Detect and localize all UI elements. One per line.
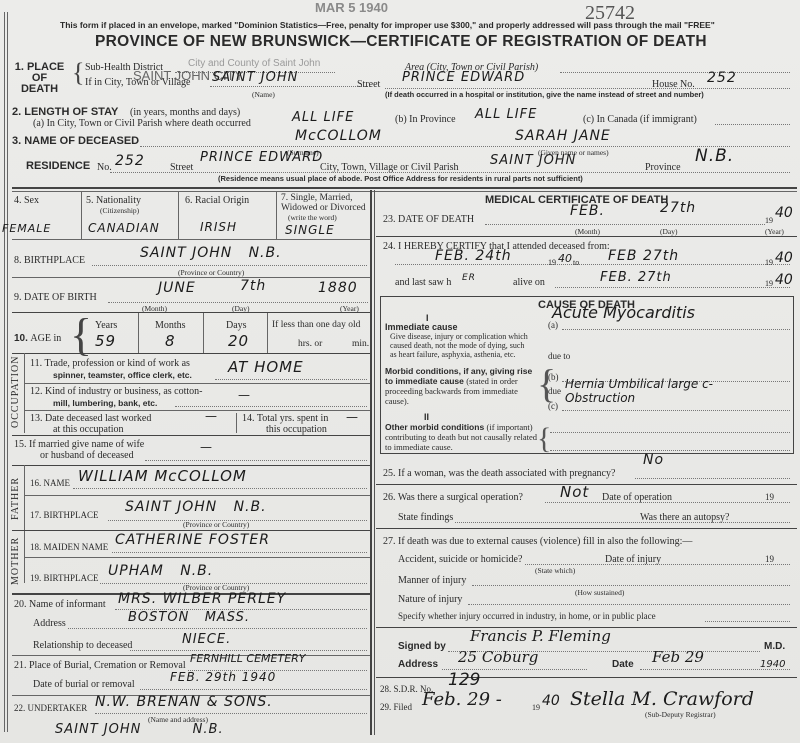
stay-province-label: (b) In Province (395, 114, 456, 125)
house-no-value: 252 (707, 70, 737, 86)
contributing-cause-value: Hernia Umbilical large c- Obstruction (565, 377, 785, 405)
nationality-value: CANADIAN (88, 221, 160, 235)
pregnancy-value: No (643, 452, 664, 468)
age-years-value: 59 (95, 332, 116, 350)
attended-from-year: 40 (558, 252, 572, 265)
form-title: PROVINCE OF NEW BRUNSWICK—CERTIFICATE OF… (95, 33, 707, 51)
name-of-deceased-label: 3. NAME OF DECEASED (12, 135, 139, 147)
mother-birthplace-value: UPHAM N.B. (108, 563, 213, 579)
last-saw-pronoun: ER (462, 273, 476, 283)
age-label: 10. 10. AGE inAGE in (14, 333, 61, 344)
informant-address-value: BOSTON MASS. (128, 610, 250, 625)
death-certificate: MAR 5 1940 25742 This form if placed in … (0, 0, 800, 743)
sdr-no-value: 129 (448, 670, 480, 690)
sex-value: FEMALE (2, 222, 51, 235)
registrar-signature: Stella M. Crawford (570, 688, 754, 710)
father-birthplace-label: 17. BIRTHPLACE (30, 510, 98, 520)
age-months-value: 8 (165, 332, 176, 350)
cert-date-label: Date (612, 659, 634, 670)
undertaker-value: N.W. BRENAN & SONS. (95, 694, 273, 710)
stay-city-value: ALL LIFE (292, 110, 354, 125)
filed-date-value: Feb. 29 - (422, 689, 502, 710)
received-date-stamp: MAR 5 1940 (315, 0, 388, 15)
undertaker-address-value: SAINT JOHN N.B. (55, 722, 224, 737)
cert-year-value: 1940 (760, 659, 785, 670)
last-worked-value: — (205, 409, 218, 423)
other-conditions-label: Other morbid conditions (if important) c… (385, 422, 537, 452)
birthplace-label: 8. BIRTHPLACE (14, 255, 85, 266)
spouse-label: 15. If married give name of wife (14, 439, 144, 450)
stay-city-label: (a) In City, Town or Civil Parish where … (33, 118, 251, 129)
racial-origin-label: 6. Racial Origin (185, 195, 249, 206)
mother-maiden-label: 18. MAIDEN NAME (30, 542, 108, 552)
street-label: Street (357, 79, 380, 90)
surname-value: McCOLLOM (295, 128, 382, 144)
date-of-death-label: 23. DATE OF DEATH (383, 214, 474, 225)
filed-year-value: 40 (542, 693, 560, 709)
given-names-value: SARAH JANE (515, 128, 611, 144)
alive-year-value: 40 (775, 272, 793, 288)
occupation-side-label: OCCUPATION (10, 362, 21, 428)
burial-place-value: FERNHILL CEMETERY (190, 652, 306, 665)
street-value: PRINCE EDWARD (402, 70, 525, 85)
immediate-cause-label: Immediate cause (385, 322, 458, 332)
surgical-operation-value: Not (560, 483, 589, 501)
residence-province-value: N.B. (695, 146, 734, 166)
death-year-value: 40 (775, 205, 793, 221)
relationship-value: NIECE. (182, 632, 231, 647)
death-month-value: FEB. (570, 203, 605, 219)
immediate-cause-value: Acute Myocarditis (552, 303, 695, 322)
father-name-value: WILLIAM McCOLLOM (78, 467, 247, 485)
city-value: SAINT JOHN (212, 70, 298, 85)
death-day-value: 27th (660, 200, 696, 216)
trade-value: AT HOME (228, 358, 304, 376)
relationship-label: Relationship to deceased (33, 640, 132, 651)
father-name-label: 16. NAME (30, 478, 70, 488)
informant-name-label: 20. Name of informant (14, 599, 106, 610)
date-of-birth-label: 9. DATE OF BIRTH (14, 292, 97, 303)
signed-by-label: Signed by (398, 641, 446, 652)
sex-label: 4. Sex (14, 195, 39, 206)
marital-status-value: SINGLE (285, 223, 335, 237)
external-causes-label: 27. If death was due to external causes … (383, 536, 692, 547)
marital-status-label: 7. Single, Married, Widowed or Divorced (281, 193, 371, 213)
postal-notice: This form if placed in an envelope, mark… (60, 20, 715, 30)
stay-province-value: ALL LIFE (475, 107, 537, 122)
age-days-value: 20 (228, 332, 249, 350)
attended-from-value: FEB. 24th (435, 248, 512, 264)
length-of-stay-label: 2. LENGTH OF STAY (12, 106, 118, 118)
father-side-label: FATHER (10, 470, 21, 520)
burial-date-label: Date of burial or removal (33, 679, 135, 690)
burial-date-value: FEB. 29th 1940 (170, 670, 276, 684)
physician-address-value: 25 Coburg (458, 648, 538, 666)
spouse-value: — (200, 440, 213, 454)
industry-label: 12. Kind of industry or business, as cot… (30, 386, 203, 397)
signed-by-value: Francis P. Fleming (470, 627, 611, 645)
alive-on-value: FEB. 27th (600, 270, 672, 285)
informant-address-label: Address (33, 618, 66, 629)
attended-to-year: 40 (775, 250, 793, 266)
last-worked-label: 13. Date deceased last worked (30, 413, 151, 424)
burial-place-label: 21. Place of Burial, Cremation or Remova… (14, 660, 186, 671)
physician-address-label: Address (398, 659, 438, 670)
attended-to-value: FEB 27th (608, 248, 679, 264)
mother-maiden-value: CATHERINE FOSTER (115, 532, 270, 548)
mother-side-label: MOTHER (10, 535, 21, 585)
father-birthplace-value: SAINT JOHN N.B. (125, 499, 267, 515)
undertaker-label: 22. UNDERTAKER (14, 703, 87, 713)
dob-day-value: 7th (240, 278, 266, 294)
total-years-value: — (346, 410, 359, 424)
pregnancy-label: 25. If a woman, was the death associated… (383, 468, 615, 479)
residence-city-value: SAINT JOHN (490, 153, 576, 168)
racial-origin-value: IRISH (200, 220, 237, 234)
filed-label: 29. Filed (380, 702, 412, 712)
dob-year-value: 1880 (318, 280, 358, 296)
place-of-death-label: 1. PLACE OF DEATH (12, 62, 67, 95)
residence-note: (Residence means usual place of abode. P… (218, 174, 583, 183)
birthplace-value: SAINT JOHN N.B. (140, 245, 282, 261)
informant-name-value: MRS. WILBER PERLEY (118, 591, 286, 607)
industry-value: — (238, 388, 251, 402)
dob-month-value: JUNE (158, 280, 196, 296)
mother-birthplace-label: 19. BIRTHPLACE (30, 573, 98, 583)
nationality-label: 5. Nationality (86, 195, 141, 206)
institution-note: (If death occurred in a hospital or inst… (385, 90, 704, 99)
surgical-operation-label: 26. Was there a surgical operation? (383, 492, 523, 503)
trade-label: 11. Trade, profession or kind of work as (30, 358, 190, 369)
residence-label: RESIDENCE (26, 160, 90, 172)
residence-no-value: 252 (115, 153, 145, 169)
cert-date-value: Feb 29 (652, 648, 704, 666)
total-years-label: 14. Total yrs. spent in (242, 413, 328, 424)
residence-street-value: PRINCE EDWARD (200, 150, 323, 165)
morbid-conditions-label: Morbid conditions, if any, giving rise t… (385, 366, 537, 406)
stay-canada-label: (c) In Canada (if immigrant) (583, 114, 697, 125)
